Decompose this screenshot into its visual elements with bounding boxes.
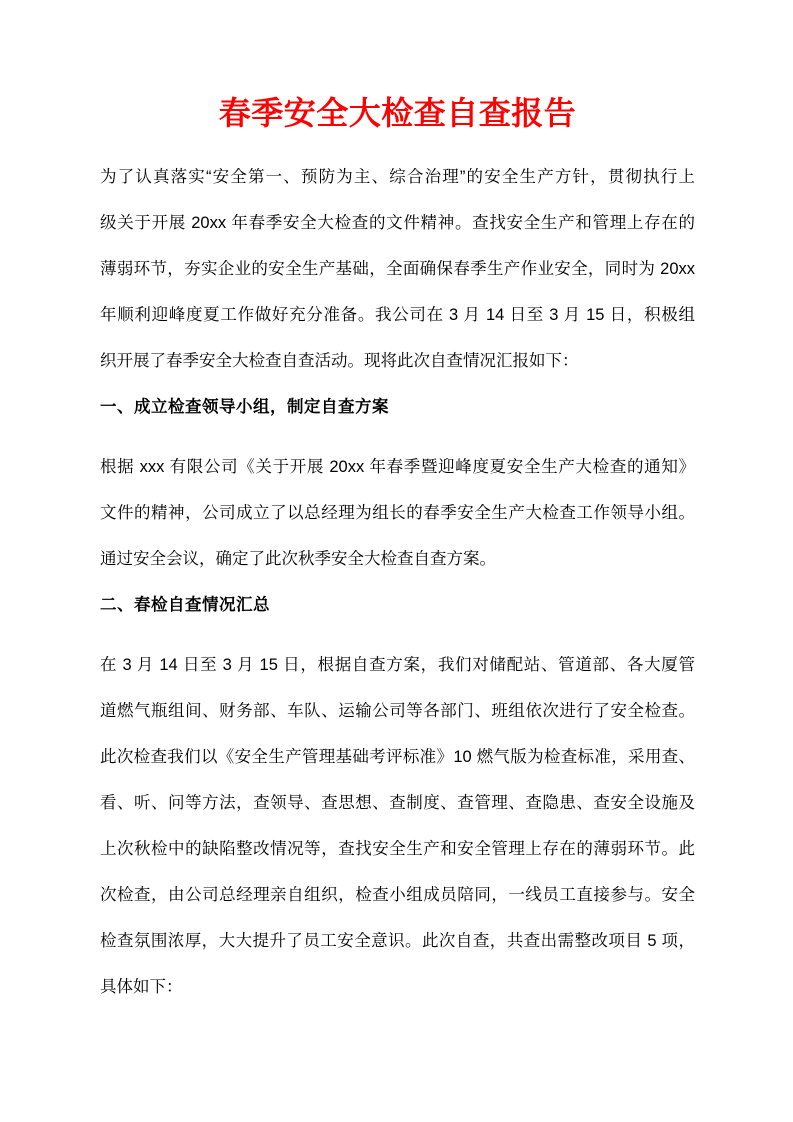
text-line: 薄弱环节，夯实企业的安全生产基础，全面确保春季生产作业安全，同时为 20xx [100,246,695,292]
document-title: 春季安全大检查自查报告 [100,90,695,136]
body-paragraph: 根据 xxx 有限公司《关于开展 20xx 年春季暨迎峰度夏安全生产大检查的通知… [100,444,695,582]
text-line: 在 3 月 14 日至 3 月 15 日，根据自查方案，我们对储配站、管道部、各… [100,642,695,688]
document-body: 为了认真落实“安全第一、预防为主、综合治理”的安全生产方针，贯彻执行上级关于开展… [100,154,695,1010]
text-line: 根据 xxx 有限公司《关于开展 20xx 年春季暨迎峰度夏安全生产大检查的通知… [100,444,695,490]
text-line: 级关于开展 20xx 年春季安全大检查的文件精神。查找安全生产和管理上存在的 [100,200,695,246]
text-line: 次检查，由公司总经理亲自组织，检查小组成员陪同，一线员工直接参与。安全 [100,872,695,918]
text-line: 具体如下： [100,964,695,1010]
text-line: 看、听、问等方法，查领导、查思想、查制度、查管理、查隐患、查安全设施及 [100,780,695,826]
body-paragraph: 为了认真落实“安全第一、预防为主、综合治理”的安全生产方针，贯彻执行上级关于开展… [100,154,695,384]
text-line: 通过安全会议，确定了此次秋季安全大检查自查方案。 [100,536,695,582]
document-page: 春季安全大检查自查报告 为了认真落实“安全第一、预防为主、综合治理”的安全生产方… [0,0,793,1122]
body-paragraph: 在 3 月 14 日至 3 月 15 日，根据自查方案，我们对储配站、管道部、各… [100,642,695,1010]
text-line: 年顺利迎峰度夏工作做好充分准备。我公司在 3 月 14 日至 3 月 15 日，… [100,292,695,338]
text-line: 文件的精神，公司成立了以总经理为组长的春季安全生产大检查工作领导小组。 [100,490,695,536]
text-line: 检查氛围浓厚，大大提升了员工安全意识。此次自查，共查出需整改项目 5 项， [100,918,695,964]
text-line: 织开展了春季安全大检查自查活动。现将此次自查情况汇报如下： [100,338,695,384]
section-heading: 二、春检自查情况汇总 [100,582,695,628]
text-line: 为了认真落实“安全第一、预防为主、综合治理”的安全生产方针，贯彻执行上 [100,154,695,200]
text-line: 此次检查我们以《安全生产管理基础考评标准》10 燃气版为检查标准，采用查、 [100,734,695,780]
section-heading: 一、成立检查领导小组，制定自查方案 [100,384,695,430]
text-line: 上次秋检中的缺陷整改情况等，查找安全生产和安全管理上存在的薄弱环节。此 [100,826,695,872]
text-line: 道燃气瓶组间、财务部、车队、运输公司等各部门、班组依次进行了安全检查。 [100,688,695,734]
